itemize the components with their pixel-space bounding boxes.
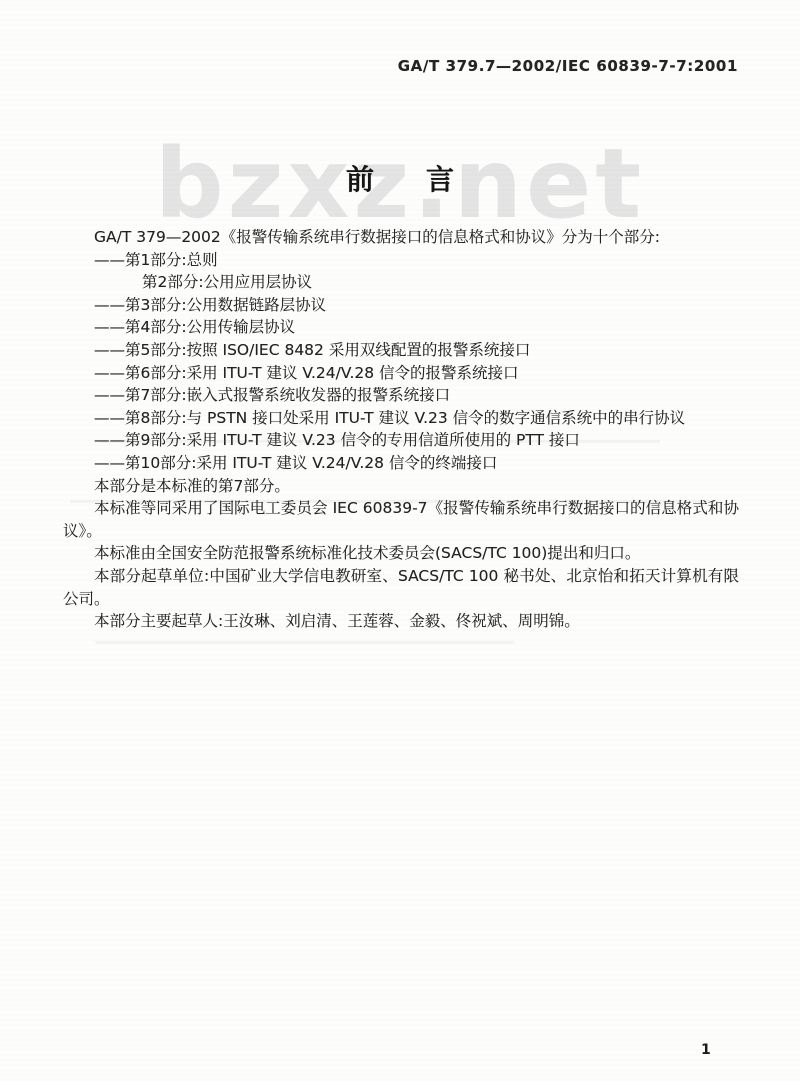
part-item-9: ——第9部分:采用 ITU-T 建议 V.23 信令的专用信道所使用的 PTT …	[63, 429, 739, 452]
part-item-4: ——第4部分:公用传输层协议	[63, 316, 739, 339]
part-item-1: ——第1部分:总则	[63, 249, 739, 272]
intro-paragraph: GA/T 379—2002《报警传输系统串行数据接口的信息格式和协议》分为十个部…	[63, 226, 739, 249]
paragraph-this-part: 本部分是本标准的第7部分。	[63, 475, 739, 498]
paragraph-adoption: 本标准等同采用了国际电工委员会 IEC 60839-7《报警传输系统串行数据接口…	[63, 497, 739, 542]
paragraph-drafting-org: 本部分起草单位:中国矿业大学信电教研室、SACS/TC 100 秘书处、北京怡和…	[63, 565, 739, 610]
paragraph-committee: 本标准由全国安全防范报警系统标准化技术委员会(SACS/TC 100)提出和归口…	[63, 542, 739, 565]
document-page: GA/T 379.7—2002/IEC 60839-7-7:2001 bzxz.…	[0, 0, 800, 1081]
paragraph-drafters: 本部分主要起草人:王汝琳、刘启清、王莲蓉、金毅、佟祝斌、周明锦。	[63, 610, 739, 633]
scan-artifact	[95, 641, 515, 644]
part-item-5: ——第5部分:按照 ISO/IEC 8482 采用双线配置的报警系统接口	[63, 339, 739, 362]
part-item-2: 第2部分:公用应用层协议	[63, 271, 739, 294]
page-number: 1	[701, 1042, 711, 1058]
page-title: 前言	[294, 158, 506, 198]
part-item-8: ——第8部分:与 PSTN 接口处采用 ITU-T 建议 V.23 信令的数字通…	[63, 407, 739, 430]
foreword-body: GA/T 379—2002《报警传输系统串行数据接口的信息格式和协议》分为十个部…	[63, 226, 739, 633]
standard-number: GA/T 379.7—2002/IEC 60839-7-7:2001	[398, 57, 738, 75]
part-item-10: ——第10部分:采用 ITU-T 建议 V.24/V.28 信令的终端接口	[63, 452, 739, 475]
part-item-6: ——第6部分:采用 ITU-T 建议 V.24/V.28 信令的报警系统接口	[63, 362, 739, 385]
foreword-title-row: 前言	[0, 158, 800, 198]
part-item-3: ——第3部分:公用数据链路层协议	[63, 294, 739, 317]
part-item-7: ——第7部分:嵌入式报警系统收发器的报警系统接口	[63, 384, 739, 407]
